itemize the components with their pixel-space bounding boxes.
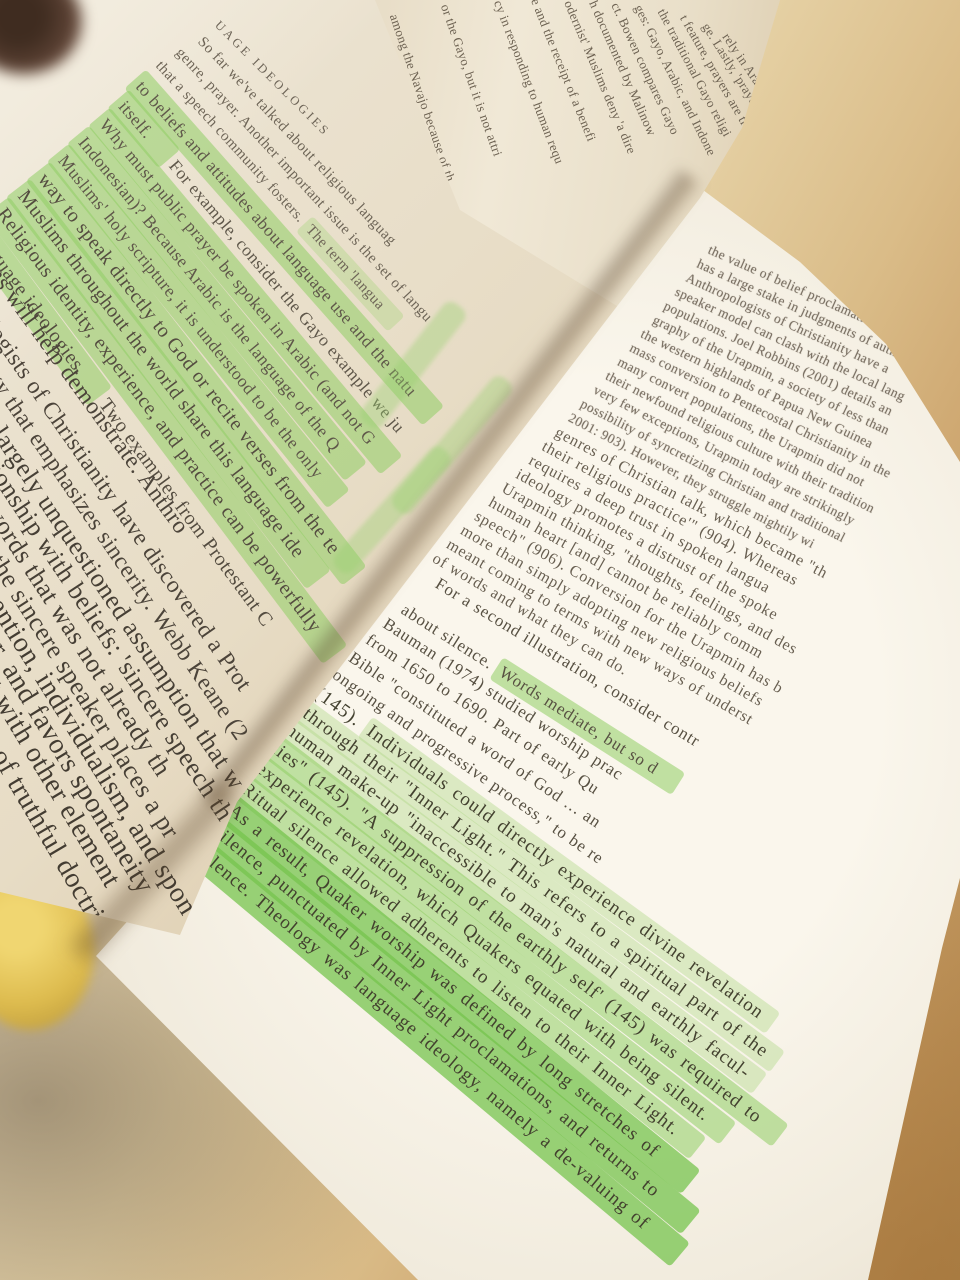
photo-open-book: { "photo": { "colors": { "highlight_ligh… — [0, 0, 960, 1280]
line-text: or the Gayo, but it is not attri — [438, 2, 506, 158]
line-text: cy in responding to human requ — [491, 0, 567, 166]
text-line: or the Gayo, but it is not attri — [437, 2, 506, 159]
